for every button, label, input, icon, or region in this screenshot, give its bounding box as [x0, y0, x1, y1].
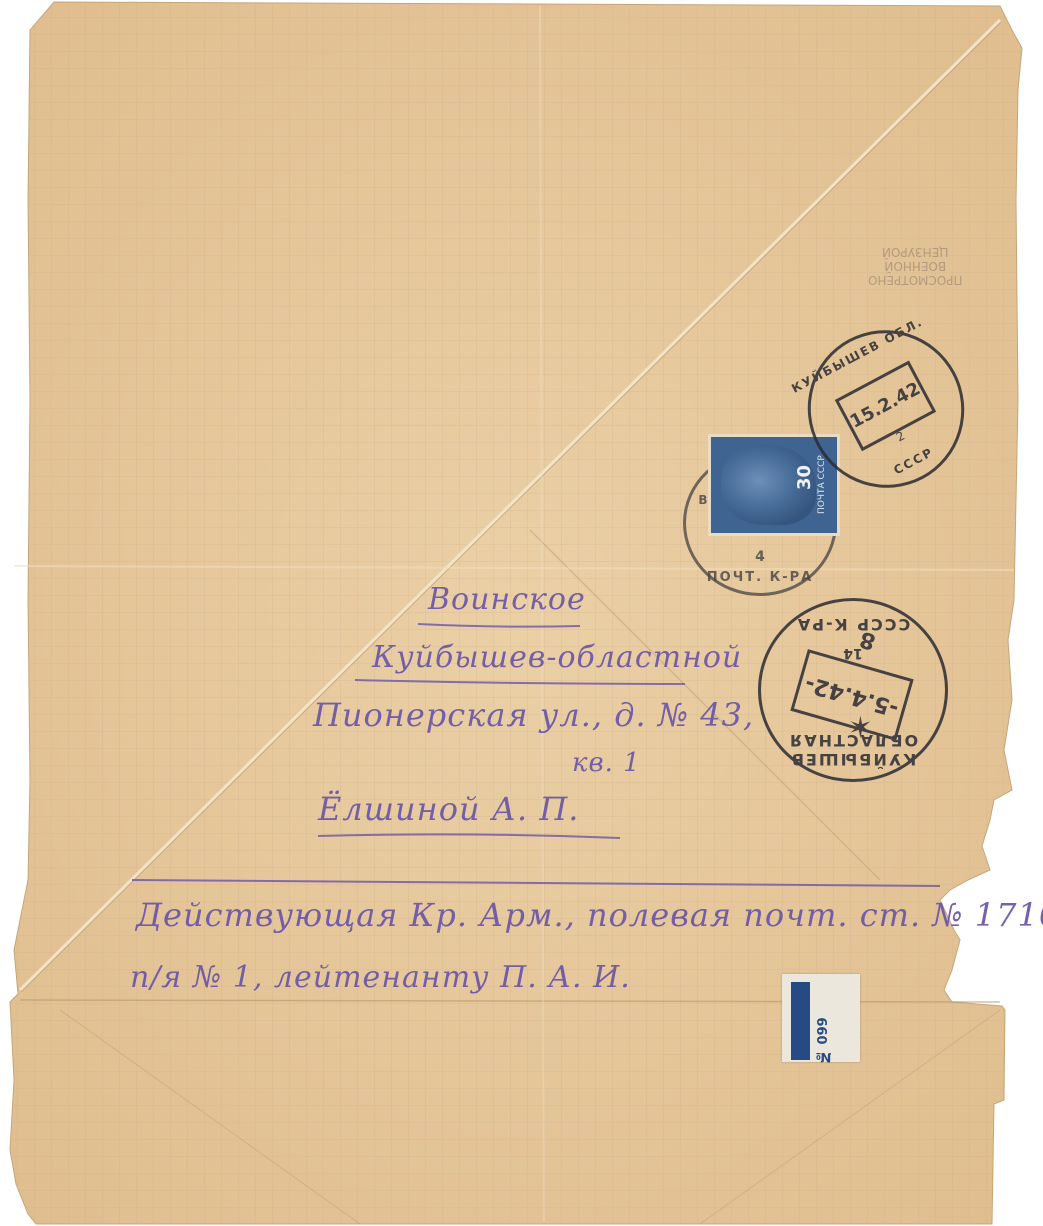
postmark-kuibyshev-bottom: КУЙБЫШЕВ ОБЛАСТНАЯ ✶ -5.4.42-8 14 СССР К… — [758, 598, 948, 782]
address-line-3: Пионерская ул., д. № 43, — [313, 696, 754, 734]
letter-sheet: ПРОСМОТРЕНО ВОЕННОЙ ЦЕНЗУРОЙ Воинское Ку… — [0, 0, 1043, 1226]
sender-line-1: Действующая Кр. Арм., полевая почт. ст. … — [136, 896, 1043, 934]
postmark-date: -5.4.42-8 — [790, 649, 913, 741]
label-blue-bar — [791, 982, 810, 1060]
registration-number: № 099 — [816, 984, 840, 1064]
address-recipient-name: Ёлшиной А. П. — [318, 790, 579, 828]
address-line-2: Куйбышев-областной — [372, 640, 742, 675]
sender-line-2: п/я № 1, лейтенанту П. А. И. — [130, 960, 631, 995]
postage-stamp: 30 ПОЧТА СССР — [711, 437, 837, 533]
address-line-1: Воинское — [428, 582, 586, 617]
address-line-4: кв. 1 — [572, 748, 641, 778]
registration-label: № 099 — [782, 974, 860, 1062]
censor-mark: ПРОСМОТРЕНО ВОЕННОЙ ЦЕНЗУРОЙ — [868, 245, 963, 287]
stamp-value: 30 — [794, 465, 815, 490]
